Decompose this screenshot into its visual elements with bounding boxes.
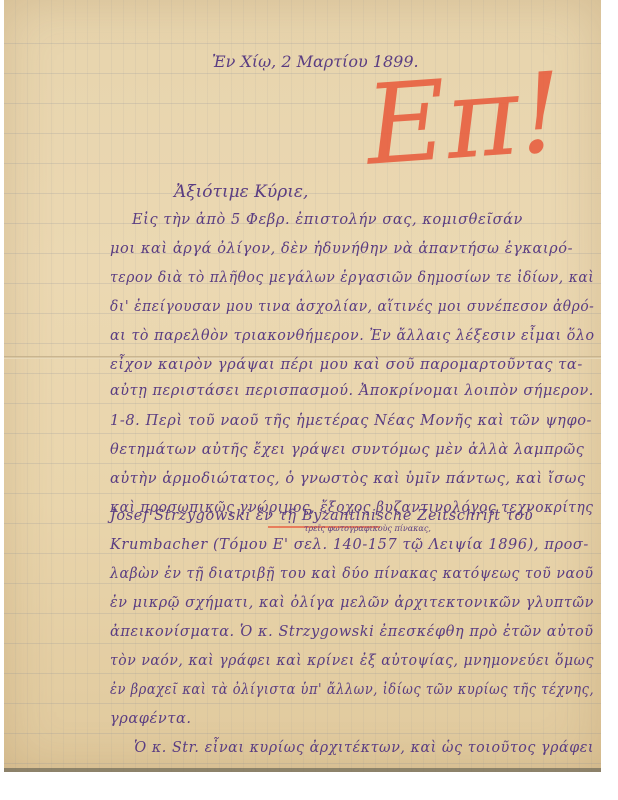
body-line: Ὁ κ. Str. εἶναι κυρίως ἀρχιτέκτων, καὶ ὡ… — [134, 740, 594, 756]
red-mark-text: Επ! — [362, 57, 566, 180]
letter-page: Ἐν Χίῳ, 2 Μαρτίου 1899. Επ! Ἀξιότιμε Κύρ… — [4, 0, 601, 772]
body-line: μοι καὶ ἀργά ὀλίγον, δὲν ἠδυνήθην νὰ ἀπα… — [110, 241, 573, 257]
interlinear-annotation: τρεῖς φωτογραφικοὺς πίνακας, — [304, 524, 431, 533]
body-line: αὐτῃ περιστάσει περισπασμού. Ἀποκρίνομαι… — [110, 383, 594, 399]
body-line: εἶχον καιρὸν γράψαι πέρι μου καὶ σοῦ παρ… — [110, 357, 583, 373]
body-line: τερον διὰ τὸ πλῆθος μεγάλων ἐργασιῶν δημ… — [110, 270, 594, 286]
body-line: ἀπεικονίσματα. Ὁ κ. Strzygowski ἐπεσκέφθ… — [110, 624, 594, 640]
body-line: αι τὸ παρελθὸν τριακονθήμερον. Ἐν ἄλλαις… — [110, 328, 595, 344]
red-annotation-mark: Επ! — [366, 64, 506, 194]
body-line: γραφέντα. — [110, 711, 192, 727]
body-line: ἐν βραχεῖ καὶ τὰ ὀλίγιστα ὑπ' ἄλλων, ἰδί… — [110, 682, 594, 698]
body-line: θετημάτων αὐτῆς ἔχει γράψει συντόμως μὲν… — [110, 442, 584, 458]
body-line: αὐτὴν ἁρμοδιώτατος, ὁ γνωστὸς καὶ ὑμῖν π… — [110, 471, 586, 487]
body-line: Josef Strzygowski ἐν τῇ Byzantinische Ze… — [110, 508, 533, 524]
body-line: ἐν μικρῷ σχήματι, καὶ ὀλίγα μελῶν ἀρχιτε… — [110, 595, 594, 611]
body-line: τὸν ναόν, καὶ γράφει καὶ κρίνει ἐξ αὐτοψ… — [110, 653, 594, 669]
paper-bottom-edge — [4, 768, 601, 772]
body-line: δι' ἐπείγουσαν μου τινα ἀσχολίαν, αἵτινέ… — [110, 299, 594, 315]
body-line: λαβὼν ἐν τῇ διατριβῇ του καὶ δύο πίνακας… — [110, 566, 594, 582]
body-line: Εἰς τὴν ἀπὸ 5 Φεβρ. ἐπιστολήν σας, κομισ… — [132, 212, 523, 228]
salutation: Ἀξιότιμε Κύριε, — [174, 182, 308, 202]
body-line: Krumbacher (Τόμου Ε' σελ. 140-157 τῷ Λει… — [110, 537, 589, 553]
body-line: 1-8. Περὶ τοῦ ναοῦ τῆς ἡμετέρας Νέας Μον… — [110, 413, 592, 429]
